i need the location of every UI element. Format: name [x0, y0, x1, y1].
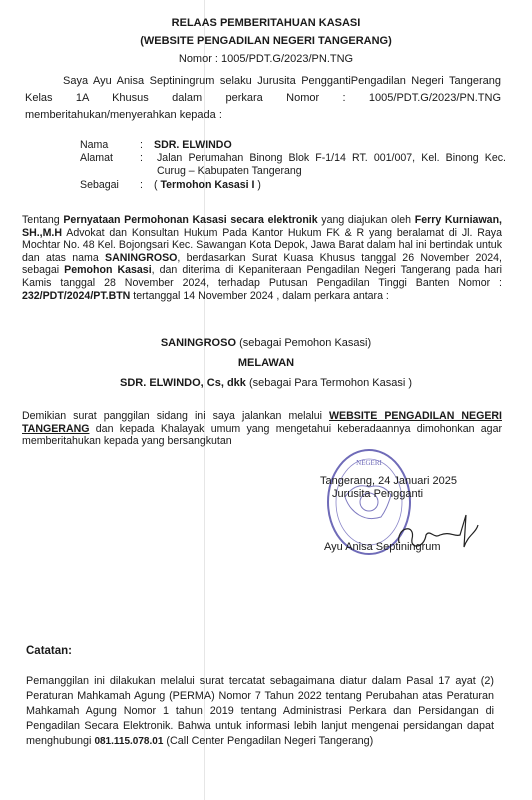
text: (Call Center Pengadilan Negeri Tangerang…: [163, 735, 373, 747]
document-subtitle: (WEBSITE PENGADILAN NEGERI TANGERANG): [0, 35, 532, 48]
svg-text:NEGERI: NEGERI: [356, 459, 382, 467]
versus-label: MELAWAN: [0, 357, 532, 370]
party-address-row: Alamat : Jalan Perumahan Binong Blok F-1…: [80, 152, 506, 178]
notes-paragraph: Pemanggilan ini dilakukan melalui surat …: [26, 674, 494, 749]
colon: :: [140, 139, 154, 152]
appellant-line: SANINGROSO (sebagai Pemohon Kasasi): [0, 337, 532, 350]
document-title: RELAAS PEMBERITAHUAN KASASI: [0, 17, 532, 30]
paren-close: ): [254, 179, 260, 191]
text: Tentang: [22, 214, 63, 226]
appellant-role: (sebagai Pemohon Kasasi): [236, 337, 371, 349]
signer-position: Jurusita Pengganti: [320, 488, 520, 501]
name-label: Nama: [80, 139, 140, 152]
intro-paragraph: Saya Ayu Anisa Septiningrum selaku Jurus…: [25, 73, 501, 124]
role-value: ( Termohon Kasasi I ): [154, 179, 506, 192]
emphasis-appeal-type: Pernyataan Permohonan Kasasi secara elek…: [63, 214, 317, 226]
respondent-role: (sebagai Para Termohon Kasasi ): [246, 377, 412, 389]
closing-paragraph: Demikian surat panggilan sidang ini saya…: [22, 410, 502, 448]
text: tertanggal 14 November 2024 , dalam perk…: [130, 290, 389, 302]
colon: :: [140, 179, 154, 192]
emphasis-role: Pemohon Kasasi: [64, 264, 151, 276]
call-center-phone: 081.115.078.01: [94, 736, 163, 747]
address-value: Jalan Perumahan Binong Blok F-1/14 RT. 0…: [154, 152, 506, 178]
appeal-statement-paragraph: Tentang Pernyataan Permohonan Kasasi sec…: [22, 214, 502, 302]
party-role-row: Sebagai : ( Termohon Kasasi I ): [80, 179, 506, 192]
emphasis-client-name: SANINGROSO: [105, 252, 177, 264]
appellant-name: SANINGROSO: [161, 337, 236, 349]
case-number: Nomor : 1005/PDT.G/2023/PN.TNG: [0, 53, 532, 66]
place-date: Tangerang, 24 Januari 2025: [320, 475, 520, 488]
party-name-row: Nama : SDR. ELWINDO: [80, 139, 506, 152]
respondent-line: SDR. ELWINDO, Cs, dkk (sebagai Para Term…: [0, 377, 532, 390]
colon: :: [140, 152, 154, 178]
address-label: Alamat: [80, 152, 140, 178]
name-value: SDR. ELWINDO: [154, 139, 506, 152]
signer-name: Ayu Anisa Septiningrum: [320, 541, 520, 554]
role-label: Sebagai: [80, 179, 140, 192]
role-text: Termohon Kasasi I: [160, 179, 254, 191]
respondent-name: SDR. ELWINDO, Cs, dkk: [120, 377, 246, 389]
text: Demikian surat panggilan sidang ini saya…: [22, 410, 329, 422]
text: dan kepada Khalayak umum yang mengetahui…: [22, 423, 502, 448]
notes-heading: Catatan:: [26, 645, 72, 658]
signature-block: Tangerang, 24 Januari 2025 Jurusita Peng…: [320, 475, 520, 554]
emphasis-decision-number: 232/PDT/2024/PT.BTN: [22, 290, 130, 302]
party-details: Nama : SDR. ELWINDO Alamat : Jalan Perum…: [80, 139, 506, 192]
text: yang diajukan oleh: [318, 214, 415, 226]
